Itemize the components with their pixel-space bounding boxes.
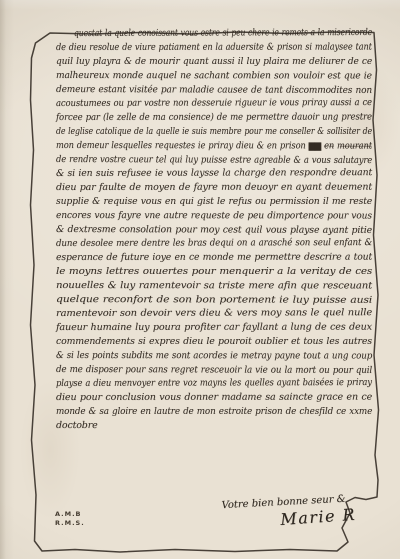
handwriting-line: le moyns lettres ouuertes pour menquerir… bbox=[56, 265, 372, 279]
handwriting-line: malheureux monde auquel ne sachant combi… bbox=[56, 69, 372, 83]
letter-facsimile-page: questat la quele conoissant vous estre s… bbox=[0, 0, 400, 559]
handwriting-line: dieu par faulte de moyen de fayre mon de… bbox=[56, 181, 372, 195]
handwriting-line: supplie & requise vous en qui gist le re… bbox=[56, 195, 372, 209]
handwriting-line: faueur humaine luy poura profiter car fa… bbox=[56, 321, 372, 335]
handwriting-line: ramentevoir son devoir vers dieu & vers … bbox=[56, 306, 372, 321]
handwriting-line: dune desolee mere dentre les bras dequi … bbox=[56, 236, 372, 251]
handwriting-line: monde & sa gloire en lautre de mon estro… bbox=[56, 405, 372, 419]
plate-marks: A.M.B R.M.S. bbox=[55, 510, 85, 527]
handwriting-line: forcee par (le zelle de ma consience) de… bbox=[56, 111, 372, 125]
handwriting-line: & si les points subdits me sont acordes … bbox=[56, 349, 372, 363]
handwriting-line: acoustumees ou par vostre non desseruie … bbox=[56, 96, 372, 111]
handwriting-line: nouuelles & luy ramentevoir sa triste me… bbox=[56, 279, 372, 293]
handwriting-line: encores vous fayre vne autre requeste de… bbox=[56, 209, 372, 223]
handwriting-line: dieu pour conclusion vous donner madame … bbox=[56, 391, 372, 405]
handwriting-line: questat la quele conoissant vous estre s… bbox=[74, 26, 372, 41]
plate-mark-bottom: R.M.S. bbox=[55, 519, 85, 528]
handwriting-line: de dieu resolue de viure patiament en la… bbox=[56, 40, 372, 55]
plate-mark-top: A.M.B bbox=[55, 510, 85, 519]
handwriting-line: & si ien suis refusee ie vous laysse la … bbox=[56, 166, 372, 181]
handwriting-line: quil luy playra & de mourir quant aussi … bbox=[56, 55, 372, 69]
handwriting-line: de leglise catolique de la quelle ie sui… bbox=[56, 125, 372, 139]
letter-body-text: questat la quele conoissant vous estre s… bbox=[56, 27, 374, 433]
handwriting-line: playse a dieu menvoyer entre voz mayns l… bbox=[56, 376, 372, 391]
handwriting-line: commendements si expres dieu le pouroit … bbox=[56, 335, 372, 349]
handwriting-line: mon demeur lesquelles requestes ie prira… bbox=[56, 139, 372, 154]
handwriting-line: doctobre bbox=[56, 419, 98, 433]
handwriting-line: esperance de future ioye en ce monde me … bbox=[56, 251, 372, 265]
